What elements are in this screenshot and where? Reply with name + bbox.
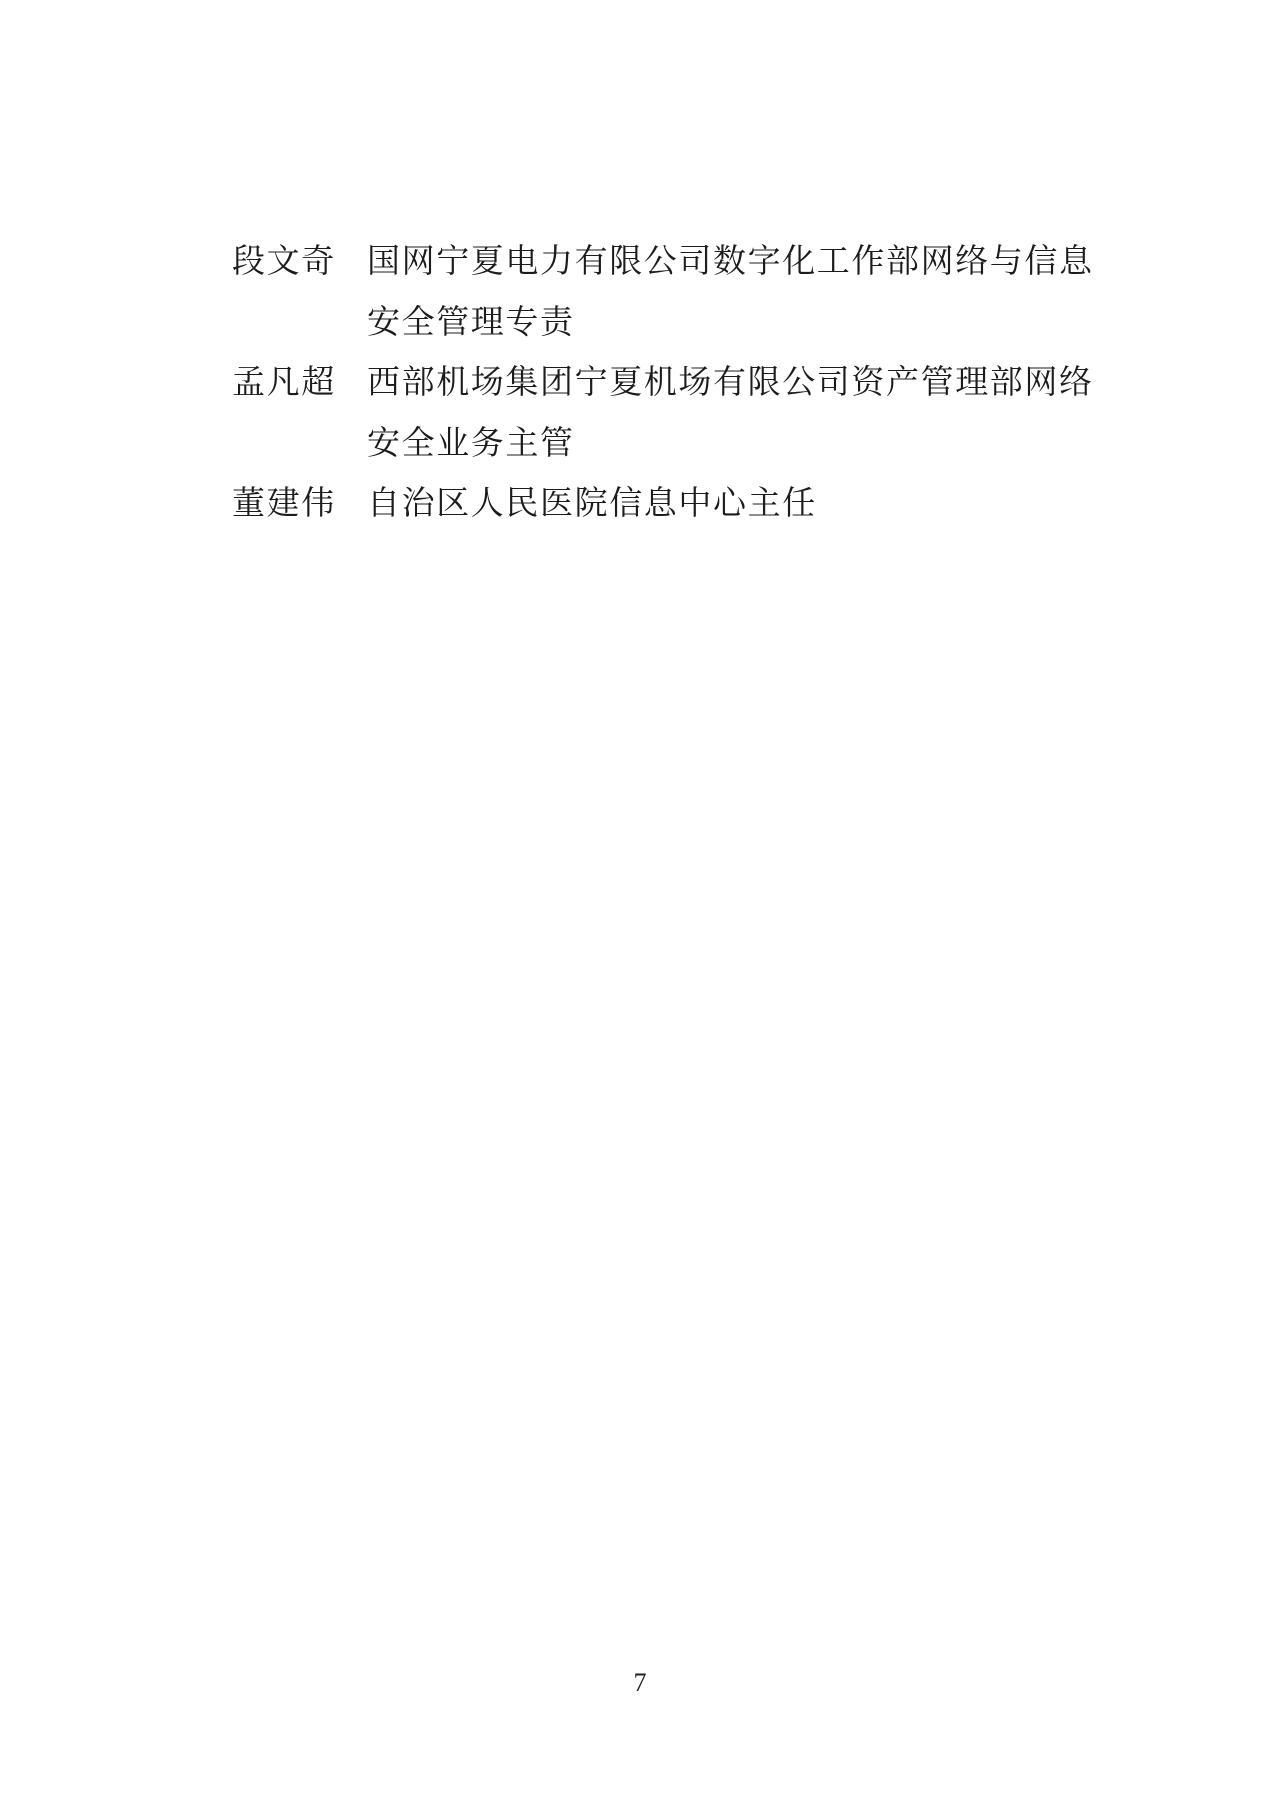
person-title-line: 西部机场集团宁夏机场有限公司资产管理部网络 [367, 353, 1132, 414]
person-title-line: 安全业务主管 [367, 414, 1132, 475]
person-title: 西部机场集团宁夏机场有限公司资产管理部网络 安全业务主管 [367, 353, 1132, 474]
roster-entry: 董建伟 自治区人民医院信息中心主任 [232, 474, 1132, 535]
person-title: 自治区人民医院信息中心主任 [367, 474, 1132, 535]
roster-entry: 孟凡超 西部机场集团宁夏机场有限公司资产管理部网络 安全业务主管 [232, 353, 1132, 474]
page-number: 7 [0, 1668, 1280, 1698]
personnel-roster: 段文奇 国网宁夏电力有限公司数字化工作部网络与信息 安全管理专责 孟凡超 西部机… [232, 232, 1132, 535]
person-name: 董建伟 [232, 474, 367, 535]
person-title-line: 国网宁夏电力有限公司数字化工作部网络与信息 [367, 232, 1132, 293]
person-name: 孟凡超 [232, 353, 367, 414]
document-page: 段文奇 国网宁夏电力有限公司数字化工作部网络与信息 安全管理专责 孟凡超 西部机… [0, 0, 1280, 1810]
person-title-line: 自治区人民医院信息中心主任 [367, 474, 1132, 535]
roster-entry: 段文奇 国网宁夏电力有限公司数字化工作部网络与信息 安全管理专责 [232, 232, 1132, 353]
person-title-line: 安全管理专责 [367, 293, 1132, 354]
person-title: 国网宁夏电力有限公司数字化工作部网络与信息 安全管理专责 [367, 232, 1132, 353]
person-name: 段文奇 [232, 232, 367, 293]
